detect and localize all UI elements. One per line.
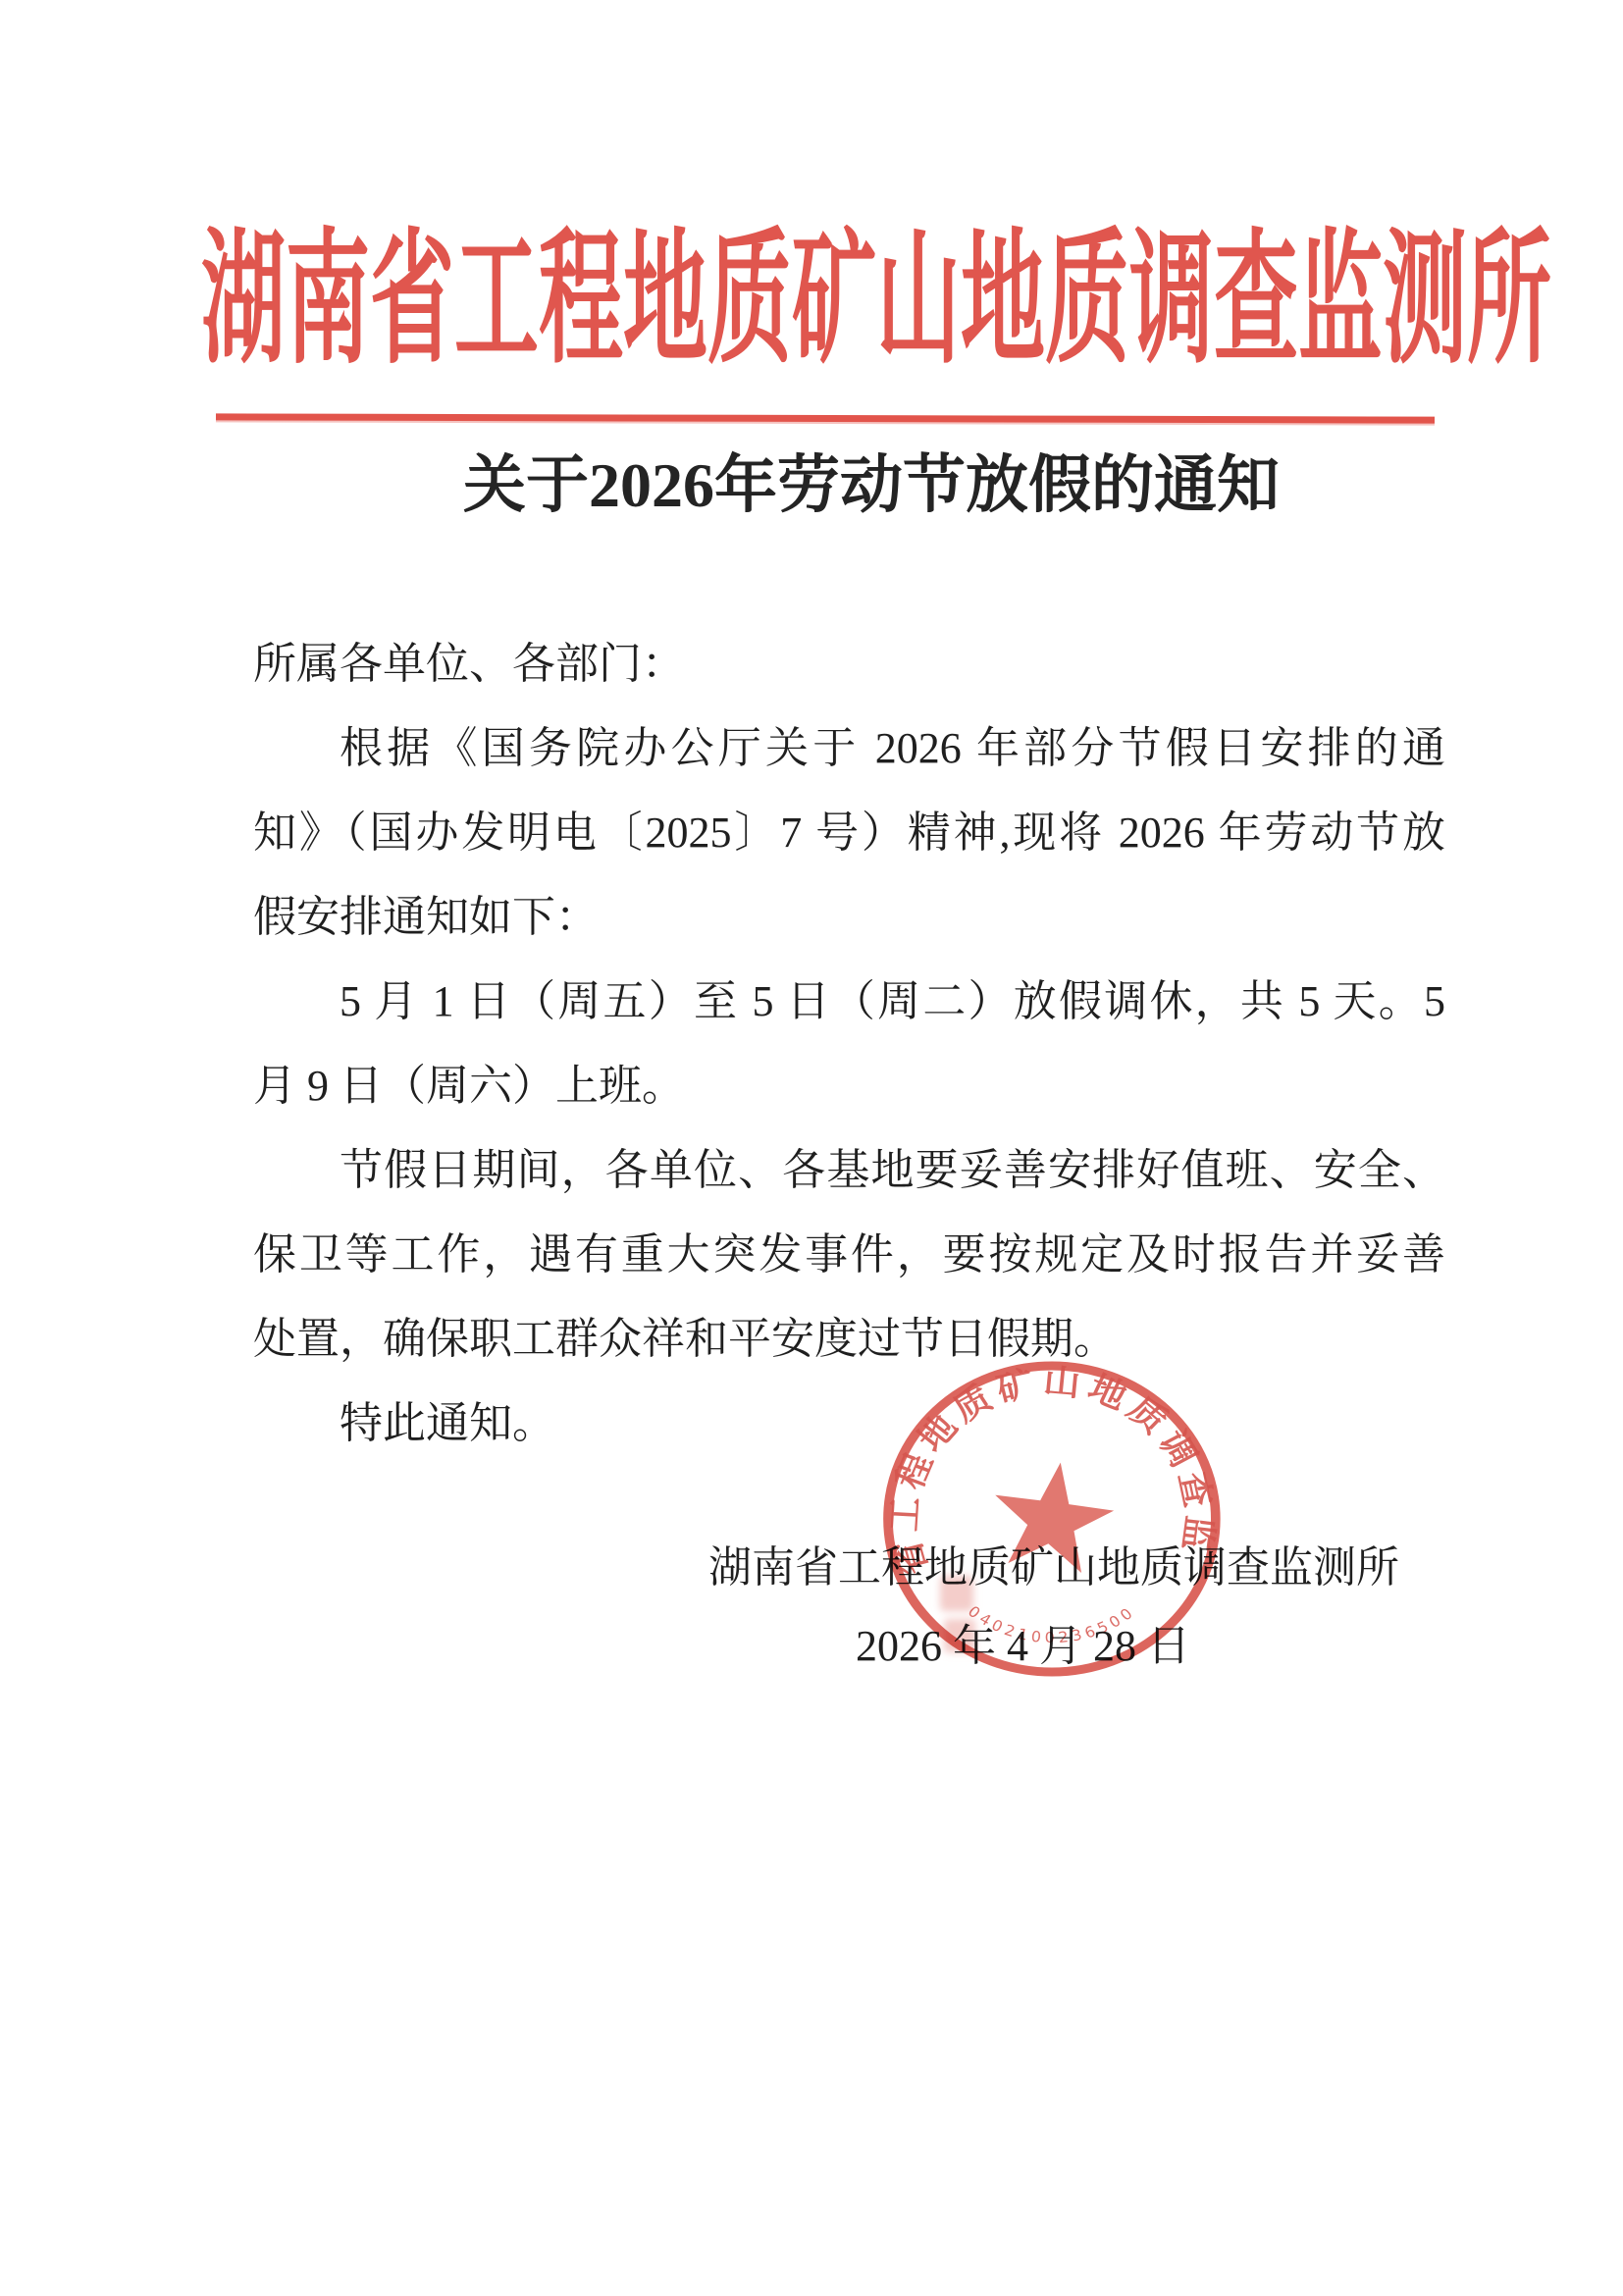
body-line: 知》（国办发明电〔2025〕7 号）精神,现将 2026 年劳动节放 — [253, 791, 1445, 875]
body-line: 保卫等工作，遇有重大突发事件，要按规定及时报告并妥善 — [253, 1213, 1445, 1297]
body-line: 处置，确保职工群众祥和平安度过节日假期。 — [253, 1297, 1445, 1382]
body-line: 月 9 日（周六）上班。 — [253, 1044, 1445, 1128]
signature-date: 2026 年 4 月 28 日 — [856, 1621, 1189, 1672]
letterhead-divider-line — [216, 413, 1435, 423]
letterhead-org-name: 湖南省工程地质矿山地质调查监测所 — [201, 228, 1473, 373]
body-line: 5 月 1 日（周五）至 5 日（周二）放假调休，共 5 天。5 — [253, 960, 1445, 1044]
seal-ink-smudge — [944, 1619, 975, 1652]
body-line: 假安排通知如下： — [253, 875, 1445, 960]
body-line-salutation: 所属各单位、各部门： — [253, 622, 1445, 706]
body-line-closing: 特此通知。 — [253, 1382, 1445, 1466]
signature-org-name: 湖南省工程地质矿山地质调查监测所 — [708, 1542, 1327, 1593]
scanned-notice-page: 湖南省工程地质矿山地质调查监测所 关于2026年劳动节放假的通知 所属各单位、各… — [0, 0, 1623, 2296]
body-line: 根据《国务院办公厅关于 2026 年部分节假日安排的通 — [253, 706, 1445, 791]
seal-ink-smudge — [940, 1576, 973, 1611]
notice-body: 所属各单位、各部门： 根据《国务院办公厅关于 2026 年部分节假日安排的通 知… — [253, 622, 1445, 1466]
document-title: 关于2026年劳动节放假的通知 — [463, 451, 1211, 520]
body-line: 节假日期间，各单位、各基地要妥善安排好值班、安全、 — [253, 1128, 1445, 1213]
